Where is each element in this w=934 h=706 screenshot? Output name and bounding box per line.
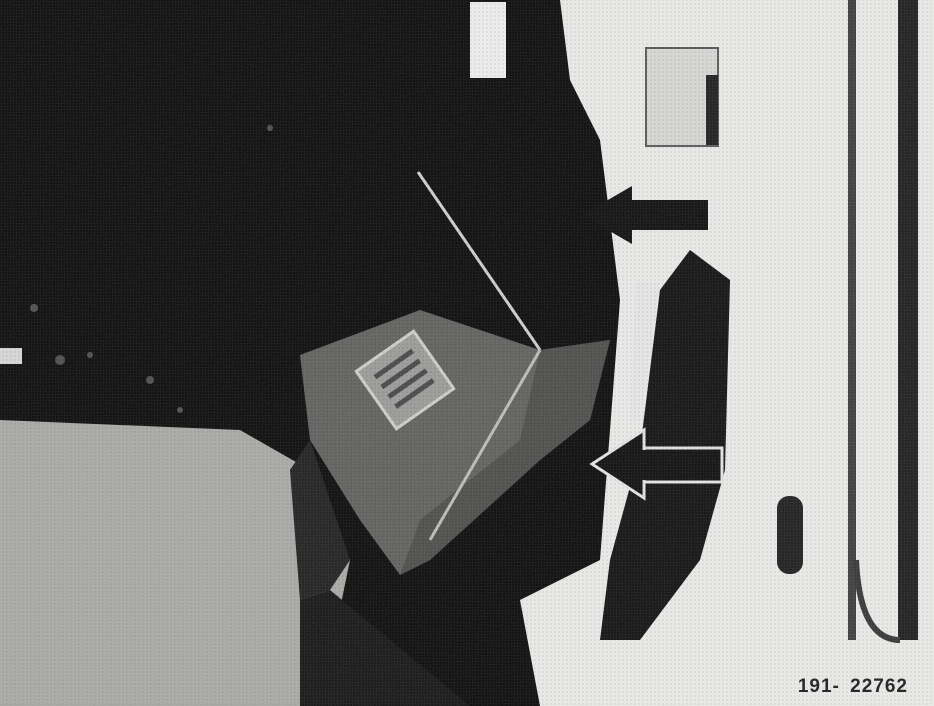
service-photo: 191- 22762 xyxy=(0,0,934,706)
photo-scene xyxy=(0,0,934,706)
reference-code: 191- 22762 xyxy=(798,676,908,698)
